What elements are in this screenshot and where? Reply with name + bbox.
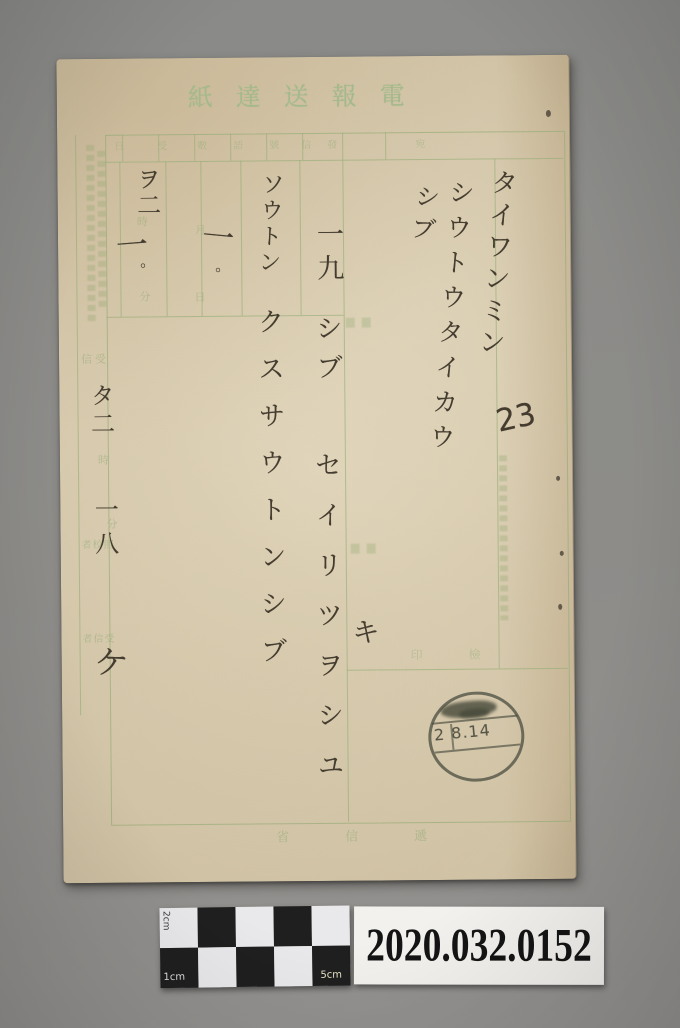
handwritten-strip-minute: 一八	[92, 497, 117, 565]
handwritten-receiver-signature: ケ	[92, 645, 130, 683]
stamp-band-line	[435, 743, 521, 753]
checker-cell	[197, 907, 236, 948]
checker-cell	[198, 947, 237, 988]
form-grid-line	[230, 134, 231, 161]
strip-hour-label: 時	[98, 456, 109, 467]
faint-box-label	[346, 317, 374, 327]
photo-of-telegram-document: 紙達送報電 日 受 數 語 號 信 發 宛 時 分 月 日	[0, 0, 680, 1028]
form-title: 紙達送報電	[57, 83, 559, 112]
printed-instructions-strip	[86, 145, 96, 325]
printed-instructions-strip	[499, 455, 508, 620]
handwritten-time: 。	[140, 254, 155, 269]
checker-cell	[274, 946, 313, 987]
paper-speck	[560, 551, 564, 556]
form-header-label: 發	[327, 141, 337, 151]
telegram-paper: 紙達送報電 日 受 數 語 號 信 發 宛 時 分 月 日	[56, 55, 576, 883]
handwritten-time: 一	[201, 220, 236, 255]
handwritten-message: シブ	[313, 314, 341, 392]
scale-2cm-label: 2cm	[160, 911, 169, 931]
handwritten-check-mark: キ	[352, 619, 379, 646]
catalog-number: 2020.032.0152	[366, 918, 592, 972]
faint-box-label	[351, 543, 379, 553]
checker-cell	[311, 905, 350, 946]
paper-speck	[558, 604, 562, 610]
form-header-label: 號	[269, 141, 279, 151]
ministry-label: 省信遞	[276, 829, 483, 844]
photographic-scale-bar: 2cm 1cm 5cm 2020.032.0152	[157, 897, 606, 995]
form-header-label: 日	[114, 143, 124, 153]
paper-speck	[546, 110, 551, 117]
received-label: 信受	[81, 355, 109, 366]
form-grid-line	[266, 133, 267, 160]
handwritten-strip-hour: タ二	[88, 383, 112, 439]
form-header-label: 語	[233, 142, 243, 152]
scale-5cm-label: 5cm	[320, 971, 342, 981]
paper-speck	[556, 476, 560, 481]
form-grid-line	[194, 134, 195, 161]
form-grid-line	[75, 135, 81, 715]
checker-cell	[235, 907, 274, 948]
handwritten-message: ソウトン	[255, 171, 283, 276]
form-header-label: 信	[301, 141, 311, 151]
form-header-label: 受	[157, 142, 167, 152]
seal-label: 檢	[469, 649, 481, 661]
timebox-minute-label: 分	[139, 292, 150, 303]
checker-cell	[273, 906, 312, 947]
stamp-date: 2 8.14	[433, 720, 491, 744]
scale-1cm-label: 1cm	[163, 973, 185, 983]
handwritten-time: 。	[215, 259, 230, 274]
handwritten-time: ヲ二	[134, 166, 158, 218]
handwritten-message: クスサウトンシブ	[255, 307, 285, 683]
handwritten-number-23: 23	[493, 399, 538, 438]
seal-label: 印	[411, 649, 423, 661]
checker-cell	[236, 947, 275, 988]
catalog-number-plate: 2020.032.0152	[354, 906, 604, 984]
timebox-day-label: 日	[194, 293, 205, 304]
form-header-label: 數	[197, 142, 207, 152]
printed-instructions-strip	[97, 151, 106, 311]
form-header-label: 宛	[415, 140, 425, 150]
handwritten-message: セイリツヲシユ	[312, 451, 342, 801]
handwritten-message: 一九	[314, 220, 342, 288]
